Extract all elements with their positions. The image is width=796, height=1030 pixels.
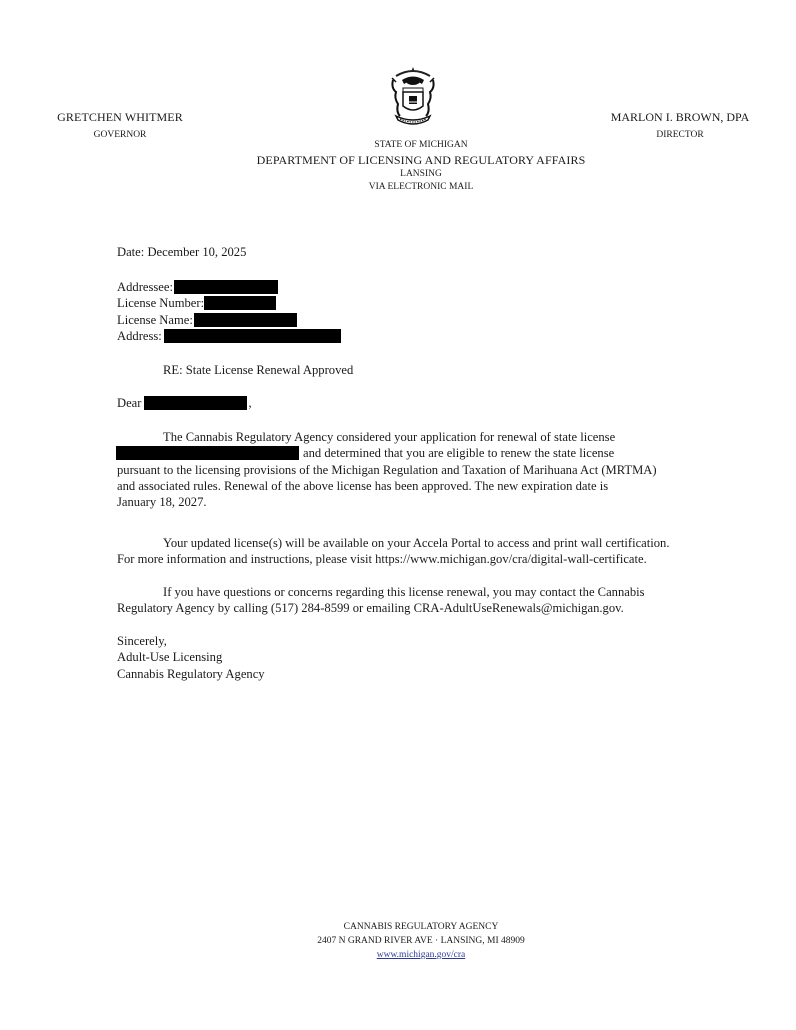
director-title: DIRECTOR — [560, 130, 796, 140]
paragraph-approval: The Cannabis Regulatory Agency considere… — [117, 429, 657, 510]
letter-date: Date: December 10, 2025 — [117, 244, 246, 260]
footer-address: 2407 N GRAND RIVER AVE · LANSING, MI 489… — [0, 936, 796, 946]
date-label: Date: — [117, 245, 144, 259]
michigan-seal-icon — [388, 64, 438, 132]
addressee-field: Addressee: — [117, 279, 173, 295]
address-redaction — [164, 329, 341, 343]
license-name-field: License Name: — [117, 312, 193, 328]
signer-line1: Adult-Use Licensing — [117, 649, 265, 665]
paragraph-contact: If you have questions or concerns regard… — [117, 584, 657, 617]
p1-line1: The Cannabis Regulatory Agency considere… — [117, 429, 657, 445]
recipient-redaction — [144, 396, 247, 410]
p1-line5: January 18, 2027. — [117, 494, 657, 510]
p1-line3: pursuant to the licensing provisions of … — [117, 462, 657, 478]
paragraph-certificate: Your updated license(s) will be availabl… — [117, 535, 657, 568]
license-number-field: License Number: — [117, 295, 204, 311]
p2-line1: Your updated license(s) will be availabl… — [117, 535, 657, 551]
license-number-label: License Number: — [117, 296, 204, 310]
p1-line4: and associated rules. Renewal of the abo… — [117, 478, 657, 494]
license-number-redaction — [204, 296, 276, 310]
addressee-redaction — [174, 280, 278, 294]
valediction: Sincerely, — [117, 633, 265, 649]
director-name: MARLON I. BROWN, DPA — [560, 110, 796, 125]
p3-line1: If you have questions or concerns regard… — [117, 584, 657, 600]
footer-website-link[interactable]: www.michigan.gov/cra — [377, 950, 466, 960]
date-value: December 10, 2025 — [147, 245, 246, 259]
state-heading: STATE OF MICHIGAN — [0, 140, 796, 150]
closing-block: Sincerely, Adult-Use Licensing Cannabis … — [117, 633, 265, 682]
addressee-label: Addressee: — [117, 280, 173, 294]
license-name-label: License Name: — [117, 313, 193, 327]
p3-line2: Regulatory Agency by calling (517) 284-8… — [117, 600, 657, 616]
address-label: Address: — [117, 329, 162, 343]
department-heading: DEPARTMENT OF LICENSING AND REGULATORY A… — [0, 153, 796, 168]
governor-name: GRETCHEN WHITMER — [0, 110, 240, 125]
subject-line: RE: State License Renewal Approved — [163, 362, 353, 378]
city-heading: LANSING — [0, 169, 796, 179]
governor-title: GOVERNOR — [0, 130, 240, 140]
signer-line2: Cannabis Regulatory Agency — [117, 666, 265, 682]
delivery-method: VIA ELECTRONIC MAIL — [0, 182, 796, 192]
license-name-redaction — [194, 313, 297, 327]
license-redaction — [116, 446, 299, 460]
p2-line2: For more information and instructions, p… — [117, 551, 657, 567]
footer-website-row: www.michigan.gov/cra — [0, 950, 796, 960]
address-field: Address: — [117, 328, 162, 344]
footer-agency: CANNABIS REGULATORY AGENCY — [0, 922, 796, 932]
salutation-comma: , — [248, 396, 251, 410]
salutation-prefix: Dear — [117, 396, 141, 410]
